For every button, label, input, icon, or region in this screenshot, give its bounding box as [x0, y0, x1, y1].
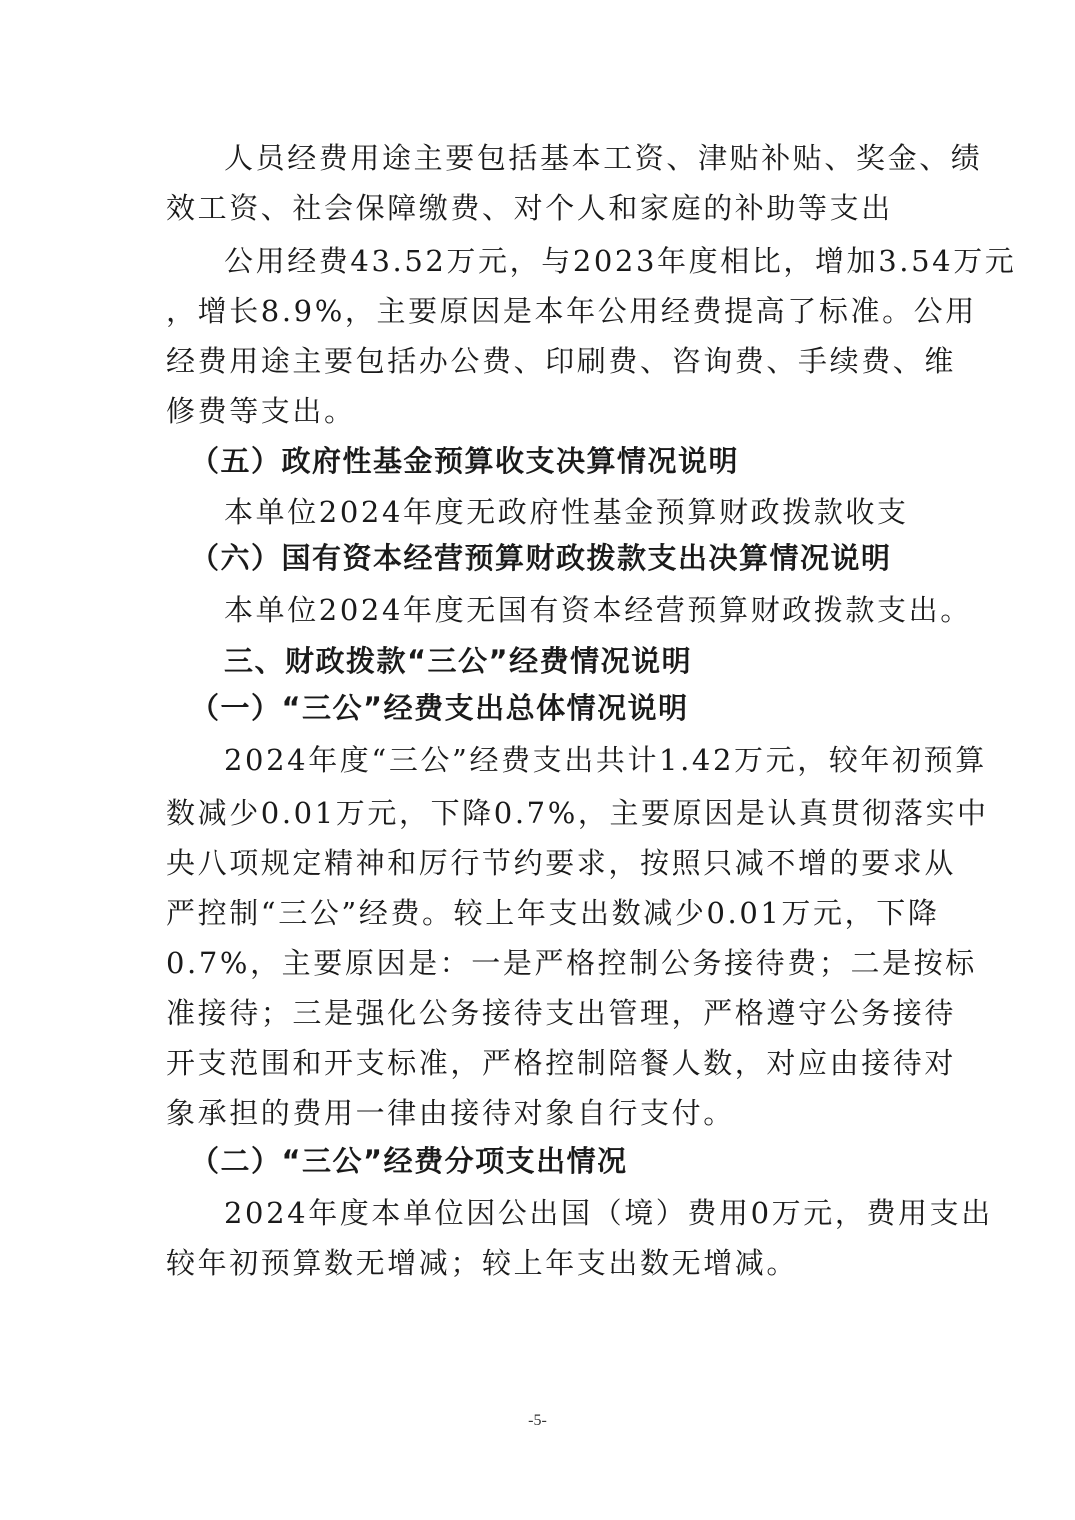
paragraph-line: 公用经费43.52万元，与2023年度相比，增加3.54万元: [224, 243, 1016, 279]
paragraph-line: 人员经费用途主要包括基本工资、津贴补贴、奖金、绩: [224, 140, 982, 176]
section-heading: （五）政府性基金预算收支决算情况说明: [190, 443, 739, 479]
paragraph-line: 修费等支出。: [166, 393, 356, 429]
paragraph-line: 效工资、社会保障缴费、对个人和家庭的补助等支出: [166, 190, 893, 226]
paragraph-line: 央八项规定精神和厉行节约要求，按照只减不增的要求从: [166, 845, 956, 881]
paragraph-line: 2024年度本单位因公出国（境）费用0万元，费用支出: [224, 1195, 993, 1231]
paragraph-line: 严控制“三公”经费。较上年支出数减少0.01万元，下降: [166, 895, 939, 931]
paragraph-line: 0.7%，主要原因是：一是严格控制公务接待费；二是按标: [166, 945, 977, 981]
paragraph-line: ，增长8.9%，主要原因是本年公用经费提高了标准。公用: [166, 293, 977, 329]
section-heading: （六）国有资本经营预算财政拨款支出决算情况说明: [190, 540, 892, 576]
paragraph-line: 象承担的费用一律由接待对象自行支付。: [166, 1095, 735, 1131]
paragraph-line: 较年初预算数无增减；较上年支出数无增减。: [166, 1245, 798, 1281]
paragraph-line: 数减少0.01万元，下降0.7%，主要原因是认真贯彻落实中: [166, 795, 989, 831]
paragraph-line: 开支范围和开支标准，严格控制陪餐人数，对应由接待对: [166, 1045, 956, 1081]
section-heading: （一）“三公”经费支出总体情况说明: [190, 690, 689, 726]
paragraph-line: 本单位2024年度无政府性基金预算财政拨款收支: [224, 494, 909, 530]
section-heading: （二）“三公”经费分项支出情况: [190, 1143, 628, 1179]
paragraph-line: 2024年度“三公”经费支出共计1.42万元，较年初预算: [224, 742, 987, 778]
paragraph-line: 准接待；三是强化公务接待支出管理，严格遵守公务接待: [166, 995, 956, 1031]
paragraph-line: 本单位2024年度无国有资本经营预算财政拨款支出。: [224, 592, 972, 628]
section-heading: 三、财政拨款“三公”经费情况说明: [224, 643, 692, 679]
document-page: 人员经费用途主要包括基本工资、津贴补贴、奖金、绩 效工资、社会保障缴费、对个人和…: [0, 0, 1075, 1520]
page-number: -5-: [0, 1412, 1075, 1430]
paragraph-line: 经费用途主要包括办公费、印刷费、咨询费、手续费、维: [166, 343, 956, 379]
